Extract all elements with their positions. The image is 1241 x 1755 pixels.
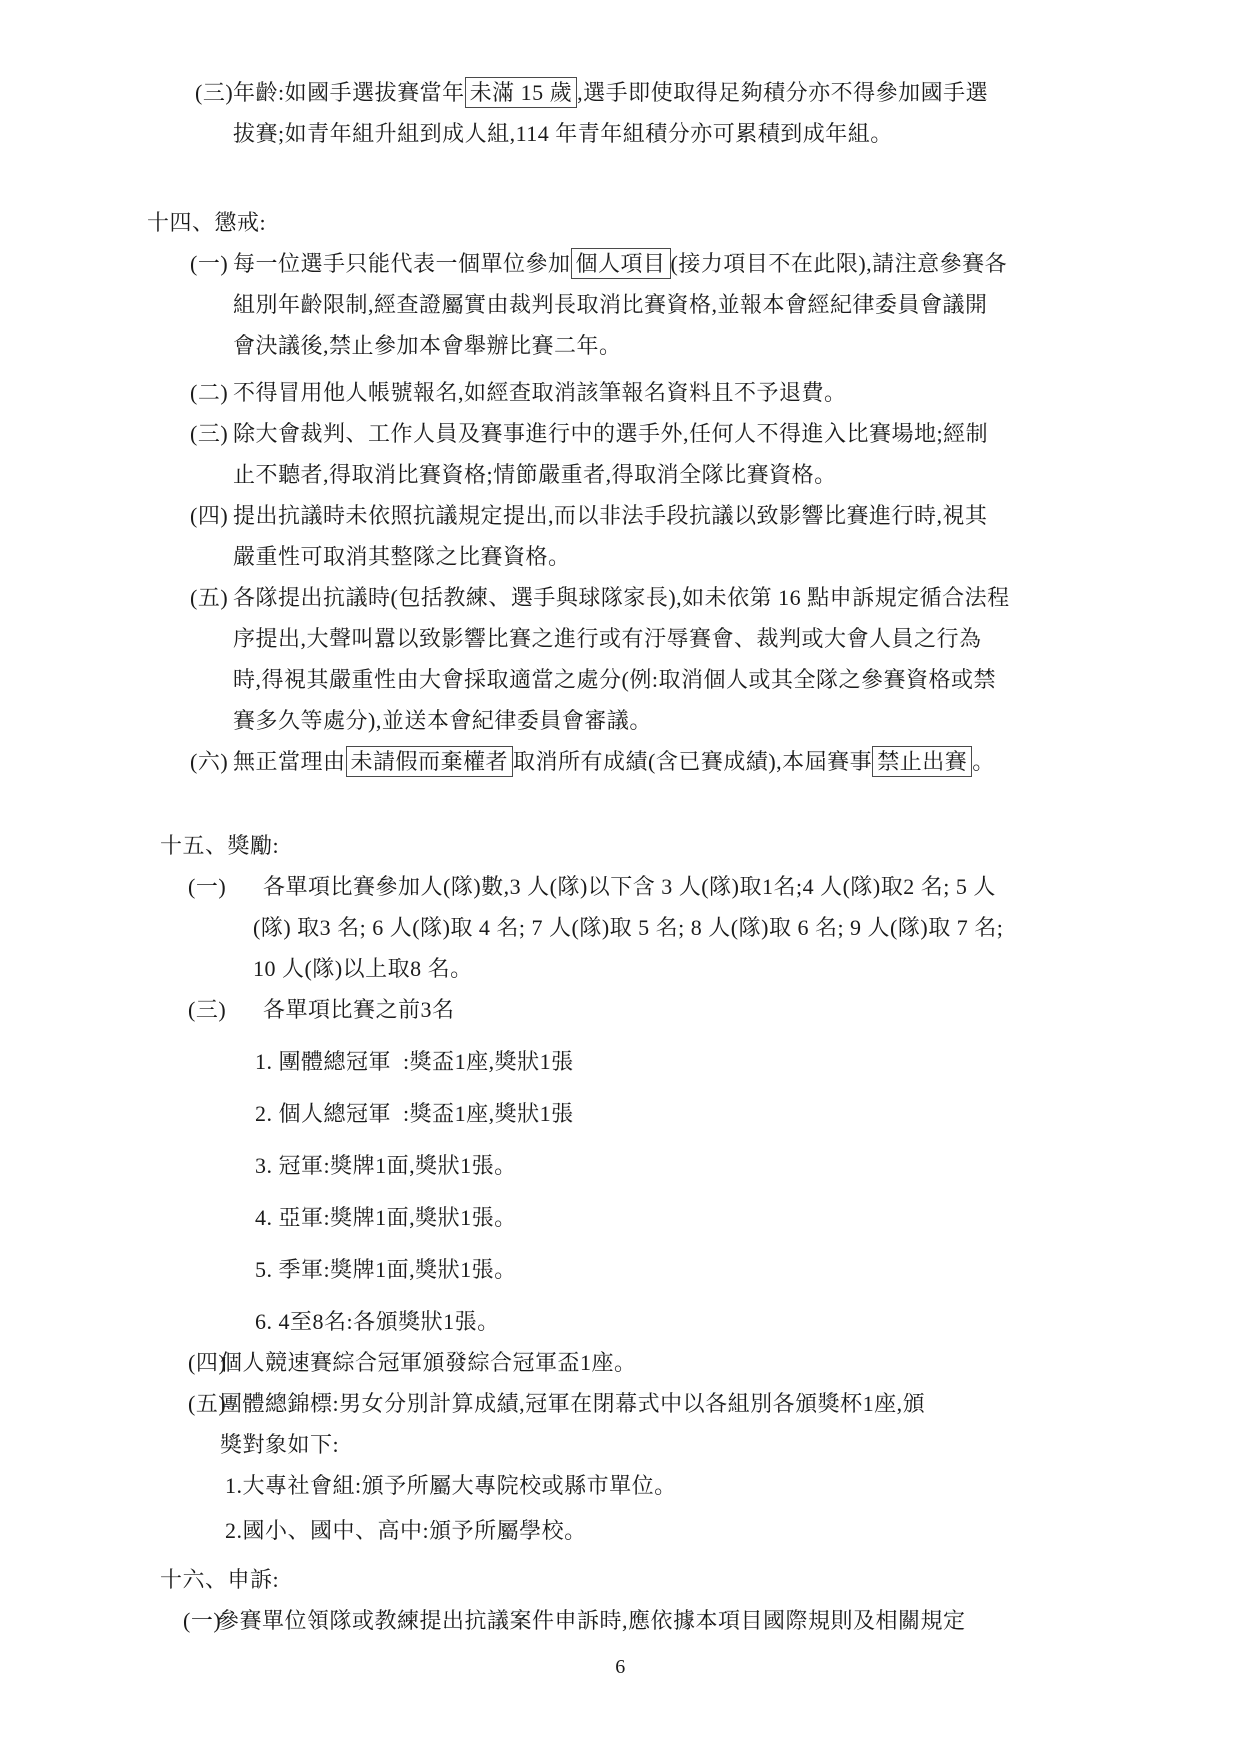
- s15-item-3-label: (三): [188, 989, 263, 1030]
- boxed-phrase-individual-event: 個人項目: [571, 248, 671, 279]
- s14-item-5-line-3: 時,得視其嚴重性由大會採取適當之處分(例:取消個人或其全隊之參賽資格或禁: [0, 659, 1241, 700]
- s14-item-5-line-1: (五)各隊提出抗議時(包括教練、選手與球隊家長),如未依第 16 點申訴規定循合…: [0, 577, 1241, 618]
- boxed-phrase-under-15: 未滿 15 歲: [465, 77, 578, 108]
- section-16-title: 十六、申訴:: [0, 1559, 1241, 1600]
- s14-item-3-text: 除大會裁判、工作人員及賽事進行中的選手外,任何人不得進入比賽場地;經制: [233, 421, 988, 446]
- s14-item-5-text-1: 各隊提出抗議時(包括教練、選手與球隊家長),如未依第 16 點申訴規定循合法程: [233, 585, 1010, 610]
- s15-item-4-line-1: (四)個人競速賽綜合冠軍頒發綜合冠軍盃1座。: [0, 1342, 1241, 1383]
- s14-item-1-label: (一): [190, 243, 233, 284]
- intro-item-line-1: (三)年齡:如國手選拔賽當年未滿 15 歲,選手即使取得足夠積分亦不得參加國手選: [0, 72, 1241, 113]
- s14-item-5-line-4: 賽多久等處分),並送本會紀律委員會審議。: [0, 700, 1241, 741]
- intro-item-line-2: 拔賽;如青年組升組到成人組,114 年青年組積分亦可累積到成年組。: [0, 113, 1241, 154]
- intro-text-post: ,選手即使取得足夠積分亦不得參加國手選: [577, 80, 988, 105]
- section-14-title: 十四、懲戒:: [0, 202, 1241, 243]
- s15-item-3-line-1: (三)各單項比賽之前3名: [0, 989, 1241, 1030]
- award-list-item: 4. 亞軍:獎牌1面,獎狀1張。: [0, 1197, 1241, 1238]
- s14-item-4-line-1: (四)提出抗議時未依照抗議規定提出,而以非法手段抗議以致影響比賽進行時,視其: [0, 495, 1241, 536]
- s14-item-2-line-1: (二)不得冒用他人帳號報名,如經查取消該筆報名資料且不予退費。: [0, 372, 1241, 413]
- s14-item-3-line-1: (三)除大會裁判、工作人員及賽事進行中的選手外,任何人不得進入比賽場地;經制: [0, 413, 1241, 454]
- s15-item-1-label: (一): [188, 866, 263, 907]
- document-page: (三)年齡:如國手選拔賽當年未滿 15 歲,選手即使取得足夠積分亦不得參加國手選…: [0, 0, 1241, 1755]
- s14-item-6-text-post: 。: [972, 749, 995, 774]
- s14-item-2-text: 不得冒用他人帳號報名,如經查取消該筆報名資料且不予退費。: [233, 380, 847, 405]
- s14-item-6-label: (六): [190, 741, 233, 782]
- intro-item-label: (三): [195, 72, 233, 113]
- award-list-item: 2. 個人總冠軍 :獎盃1座,獎狀1張: [0, 1093, 1241, 1134]
- s14-item-1-line-3: 會決議後,禁止參加本會舉辦比賽二年。: [0, 325, 1241, 366]
- boxed-phrase-forfeit-without-leave: 未請假而棄權者: [346, 746, 514, 777]
- s15-item-4-label: (四): [188, 1342, 220, 1383]
- s14-item-5-label: (五): [190, 577, 233, 618]
- s16-item-1-label: (一): [183, 1600, 217, 1641]
- s15-item-5-line-1: (五)團體總錦標:男女分別計算成績,冠軍在閉幕式中以各組別各頒獎杯1座,頒: [0, 1383, 1241, 1424]
- s14-item-3-line-2: 止不聽者,得取消比賽資格;情節嚴重者,得取消全隊比賽資格。: [0, 454, 1241, 495]
- award-list-item: 1. 團體總冠軍 :獎盃1座,獎狀1張: [0, 1041, 1241, 1082]
- s15-item-1-text-1: 各單項比賽參加人(隊)數,3 人(隊)以下含 3 人(隊)取1名;4 人(隊)取…: [263, 874, 996, 899]
- s15-item-3-text: 各單項比賽之前3名: [263, 997, 455, 1022]
- s16-item-1-line-1: (一)參賽單位領隊或教練提出抗議案件申訴時,應依據本項目國際規則及相關規定: [0, 1600, 1241, 1641]
- s15-item-1-line-1: (一)各單項比賽參加人(隊)數,3 人(隊)以下含 3 人(隊)取1名;4 人(…: [0, 866, 1241, 907]
- s14-item-6-text-mid: 取消所有成績(含已賽成績),本屆賽事: [513, 749, 872, 774]
- sub-list-item: 1.大專社會組:頒予所屬大專院校或縣市單位。: [0, 1465, 1241, 1506]
- boxed-phrase-banned-from-play: 禁止出賽: [872, 746, 972, 777]
- s15-item-1-line-3: 10 人(隊)以上取8 名。: [0, 948, 1241, 989]
- s14-item-1-line-2: 組別年齡限制,經查證屬實由裁判長取消比賽資格,並報本會經紀律委員會議開: [0, 284, 1241, 325]
- s14-item-1-text-pre: 每一位選手只能代表一個單位參加: [233, 251, 571, 276]
- s15-item-5-line-2: 獎對象如下:: [0, 1424, 1241, 1465]
- sub-list-item: 2.國小、國中、高中:頒予所屬學校。: [0, 1510, 1241, 1551]
- page-number: 6: [0, 1647, 1241, 1688]
- s14-item-6-text-pre: 無正當理由: [233, 749, 346, 774]
- s14-item-4-text: 提出抗議時未依照抗議規定提出,而以非法手段抗議以致影響比賽進行時,視其: [233, 503, 988, 528]
- s14-item-1-text-post: (接力項目不在此限),請注意參賽各: [671, 251, 1008, 276]
- s14-item-3-label: (三): [190, 413, 233, 454]
- intro-text-pre: 年齡:如國手選拔賽當年: [233, 80, 465, 105]
- award-list-item: 3. 冠軍:獎牌1面,獎狀1張。: [0, 1145, 1241, 1186]
- s16-item-1-text: 參賽單位領隊或教練提出抗議案件申訴時,應依據本項目國際規則及相關規定: [217, 1608, 966, 1633]
- s14-item-2-label: (二): [190, 372, 233, 413]
- s15-item-1-line-2: (隊) 取3 名; 6 人(隊)取 4 名; 7 人(隊)取 5 名; 8 人(…: [0, 907, 1241, 948]
- s14-item-1-line-1: (一)每一位選手只能代表一個單位參加個人項目(接力項目不在此限),請注意參賽各: [0, 243, 1241, 284]
- s14-item-4-line-2: 嚴重性可取消其整隊之比賽資格。: [0, 536, 1241, 577]
- s15-item-5-label: (五): [188, 1383, 220, 1424]
- s14-item-6-line-1: (六)無正當理由未請假而棄權者取消所有成績(含已賽成績),本屆賽事禁止出賽。: [0, 741, 1241, 782]
- award-list-item: 5. 季軍:獎牌1面,獎狀1張。: [0, 1249, 1241, 1290]
- s15-item-4-text: 個人競速賽綜合冠軍頒發綜合冠軍盃1座。: [220, 1350, 637, 1375]
- section-15-title: 十五、獎勵:: [0, 825, 1241, 866]
- s14-item-4-label: (四): [190, 495, 233, 536]
- s15-item-5-text-1: 團體總錦標:男女分別計算成績,冠軍在閉幕式中以各組別各頒獎杯1座,頒: [220, 1391, 925, 1416]
- award-list-item: 6. 4至8名:各頒獎狀1張。: [0, 1301, 1241, 1342]
- s14-item-5-line-2: 序提出,大聲叫囂以致影響比賽之進行或有汙辱賽會、裁判或大會人員之行為: [0, 618, 1241, 659]
